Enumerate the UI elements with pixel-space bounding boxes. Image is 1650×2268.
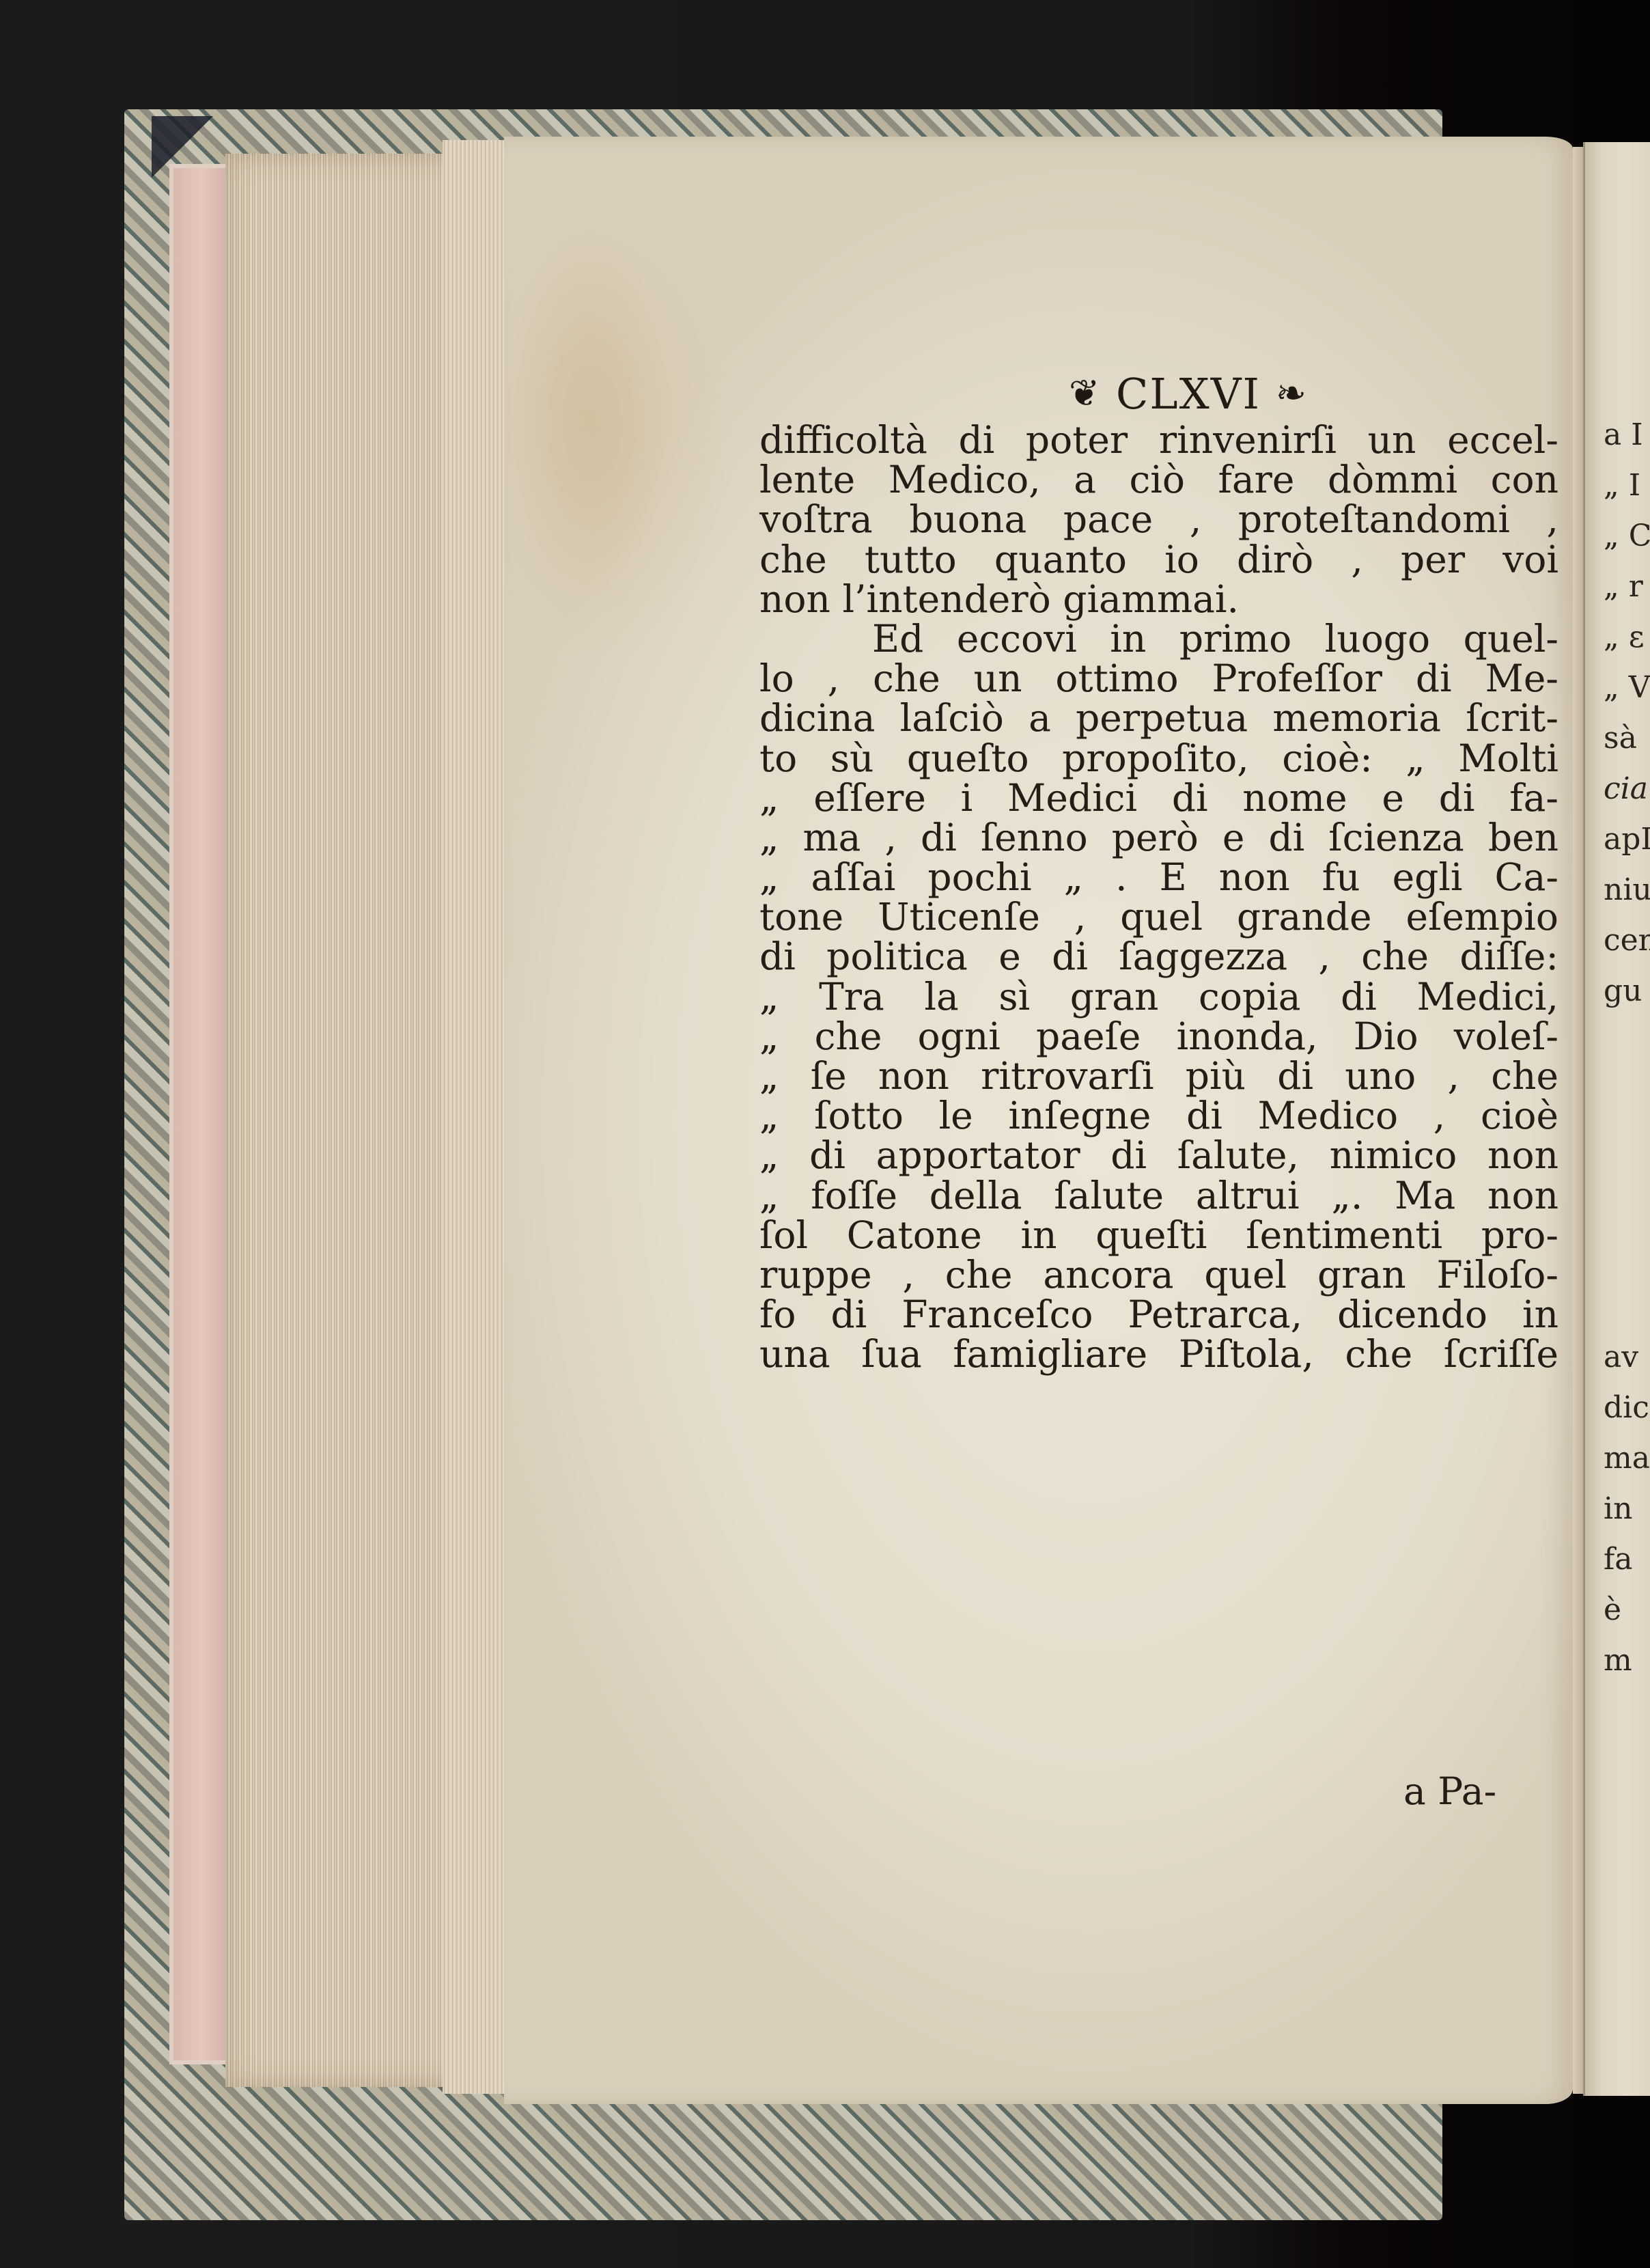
foxing-stain [505,225,669,608]
text-line: lo , che un ottimo Profeſſor di Me- [759,659,1558,698]
fragment-line: „ C [1604,511,1650,562]
adjacent-page-text-bottom: av dic ma in fa è m [1604,1332,1650,1686]
fragment-line: ma [1604,1433,1650,1484]
page-block-inner-edge [443,140,504,2094]
fragment-line: „ V [1604,663,1650,713]
fragment-line: niu [1604,865,1650,915]
quoted-line: „ ſe non ritrovarſi più di uno , che [759,1056,1558,1096]
gutter-shadow [1573,147,1584,2094]
fragment-line: av [1604,1332,1650,1383]
text-line: ruppe , che ancora quel gran Filoſo- [759,1255,1558,1295]
quoted-line: „ ma , di ſenno però e di ſcienza ben [759,818,1558,857]
fragment-line: „ r [1604,562,1650,612]
quoted-line: „ aſſai pochi „ . E non fu egli Ca- [759,857,1558,897]
text-line: fo di Franceſco Petrarca, dicendo in [759,1295,1558,1334]
fragment-line: fa [1604,1534,1650,1585]
fragment-line: „ I [1604,460,1650,511]
fragment-line: dic [1604,1383,1650,1433]
running-head: ❦ CLXVI ❧ [997,369,1380,424]
fragment-line: m [1604,1635,1650,1686]
fleuron-left-icon: ❦ [1069,372,1101,415]
text-line: tone Uticenſe , quel grande eſempio [759,897,1558,937]
quoted-line: „ ſotto le inſegne di Medico , cioè [759,1096,1558,1135]
quoted-line: „ foſſe della ſalute altrui „. Ma non [759,1176,1558,1215]
page-body-text: difficoltà di poter rinvenirſi un eccel-… [759,420,1558,1374]
text-line: che tutto quanto io dirò , per voi [759,540,1558,579]
fragment-line: cia [1604,764,1650,814]
fragment-line: apI [1604,814,1650,865]
text-line: dicina laſciò a perpetua memoria ſcrit- [759,698,1558,738]
quoted-line: „ di apportator di ſalute, nimico non [759,1135,1558,1175]
quoted-line: „ che ogni paeſe inonda, Dio voleſ- [759,1017,1558,1056]
text-line: non l’intenderò giammai. [759,579,1558,619]
text-line: voſtra buona pace , proteſtandomi , [759,499,1558,539]
text-line: to sù queſto propoſito, cioè: „ Molti [759,738,1558,778]
fragment-line: sà [1604,713,1650,764]
quoted-line: „ eſſere i Medici di nome e di fa- [759,778,1558,818]
adjacent-page-text-top: a I „ I „ C „ r „ ε „ V sà cia apI niu c… [1604,410,1650,1017]
text-line: di politica e di ſaggezza , che diſſe: [759,937,1558,976]
text-line: una ſua famigliare Piſtola, che ſcriſſe [759,1334,1558,1374]
quoted-line: „ Tra la sì gran copia di Medici, [759,977,1558,1017]
fleuron-right-icon: ❧ [1276,372,1308,415]
text-line: ſol Catone in queſti ſentimenti pro- [759,1215,1558,1255]
pink-endpaper [169,164,234,2064]
text-line: difficoltà di poter rinvenirſi un eccel- [759,420,1558,460]
page-number: CLXVI [1116,369,1261,419]
fragment-line: è [1604,1585,1650,1635]
fragment-line: in [1604,1484,1650,1534]
paragraph-first-line: Ed eccovi in primo luogo quel- [759,619,1558,659]
fragment-line: „ ε [1604,612,1650,663]
fragment-line: cen [1604,915,1650,966]
catchword: a Pa- [1403,1769,1496,1813]
fragment-line: gu [1604,966,1650,1017]
text-line: lente Medico, a ciò fare dòmmi con [759,460,1558,499]
fragment-line: a I [1604,410,1650,460]
